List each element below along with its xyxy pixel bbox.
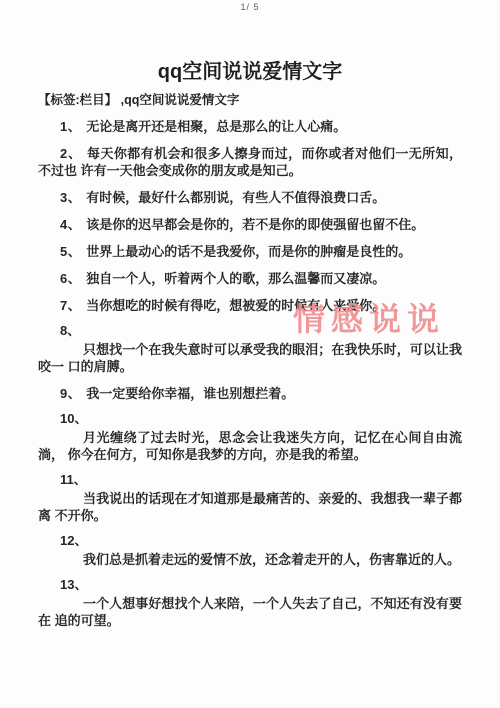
tags-line: 【标签:栏目】 ,qq空间说说爱情文字 bbox=[38, 93, 462, 108]
list-item: 13、 一个人想事好想找个人来陪，一个人失去了自己，不知还有没有要在 追的可望。 bbox=[38, 576, 462, 629]
item-number: 9、 bbox=[60, 386, 81, 401]
item-number: 10、 bbox=[38, 410, 462, 427]
item-text: 当你想吃的时候有得吃，想被爱的时候有人来爱你。 bbox=[86, 298, 385, 313]
item-number: 7、 bbox=[60, 298, 81, 313]
list-item: 5、世界上最动心的话不是我爱你，而是你的肿瘤是良性的。 bbox=[38, 243, 462, 260]
document-content: qq空间说说爱情文字 【标签:栏目】 ,qq空间说说爱情文字 1、无论是离开还是… bbox=[0, 60, 500, 629]
item-number: 1、 bbox=[60, 119, 81, 134]
list-item: 11、 当我说出的话现在才知道那是最痛苦的、亲爱的、我想我一辈子都离 不开你。 bbox=[38, 471, 462, 524]
list-item: 9、我一定要给你幸福，谁也别想拦着。 bbox=[38, 385, 462, 402]
list-item: 10、 月光缠绕了过去时光，思念会让我迷失方向，记忆在心间自由流淌， 你今在何方… bbox=[38, 410, 462, 463]
item-text: 该是你的迟早都会是你的，若不是你的即使强留也留不住。 bbox=[86, 217, 424, 232]
item-text: 有时候，最好什么都别说，有些人不值得浪费口舌。 bbox=[86, 190, 385, 205]
item-text: 我一定要给你幸福，谁也别想拦着。 bbox=[86, 386, 294, 401]
item-text: 月光缠绕了过去时光，思念会让我迷失方向，记忆在心间自由流淌， 你今在何方，可知你… bbox=[38, 429, 462, 463]
item-number: 4、 bbox=[60, 217, 81, 232]
item-text: 世界上最动心的话不是我爱你，而是你的肿瘤是良性的。 bbox=[86, 244, 411, 259]
list-item: 7、当你想吃的时候有得吃，想被爱的时候有人来爱你。 bbox=[38, 297, 462, 314]
item-number: 6、 bbox=[60, 271, 81, 286]
list-item: 2、每天你都有机会和很多人擦身而过，而你或者对他们一无所知，不过也 许有一天他会… bbox=[38, 145, 462, 179]
page-title: qq空间说说爱情文字 bbox=[38, 60, 462, 84]
item-number: 13、 bbox=[38, 576, 462, 593]
item-number: 8、 bbox=[38, 322, 462, 339]
item-text: 当我说出的话现在才知道那是最痛苦的、亲爱的、我想我一辈子都离 不开你。 bbox=[38, 490, 462, 524]
item-text: 一个人想事好想找个人来陪，一个人失去了自己，不知还有没有要在 追的可望。 bbox=[38, 595, 462, 629]
item-number: 5、 bbox=[60, 244, 81, 259]
document-page: 1/ 5 qq空间说说爱情文字 【标签:栏目】 ,qq空间说说爱情文字 1、无论… bbox=[0, 0, 500, 708]
item-number: 2、 bbox=[60, 146, 82, 161]
item-text: 独自一个人，听着两个人的歌，那么温馨而又凄凉。 bbox=[86, 271, 385, 286]
list-item: 3、有时候，最好什么都别说，有些人不值得浪费口舌。 bbox=[38, 189, 462, 206]
list-item: 6、独自一个人，听着两个人的歌，那么温馨而又凄凉。 bbox=[38, 270, 462, 287]
item-text: 只想找一个在我失意时可以承受我的眼泪；在我快乐时，可以让我咬一 口的肩膊。 bbox=[38, 341, 462, 375]
item-number: 3、 bbox=[60, 190, 81, 205]
item-text: 无论是离开还是相聚，总是那么的让人心痛。 bbox=[86, 119, 346, 134]
item-number: 12、 bbox=[38, 532, 462, 549]
list-item: 8、 只想找一个在我失意时可以承受我的眼泪；在我快乐时，可以让我咬一 口的肩膊。 bbox=[38, 322, 462, 375]
item-text: 我们总是抓着走远的爱情不放，还念着走开的人，伤害靠近的人。 bbox=[38, 551, 462, 568]
item-text: 每天你都有机会和很多人擦身而过，而你或者对他们一无所知，不过也 许有一天他会变成… bbox=[38, 146, 462, 178]
list-item: 12、 我们总是抓着走远的爱情不放，还念着走开的人，伤害靠近的人。 bbox=[38, 532, 462, 568]
item-number: 11、 bbox=[38, 471, 462, 488]
page-indicator: 1/ 5 bbox=[0, 0, 500, 13]
list-item: 1、无论是离开还是相聚，总是那么的让人心痛。 bbox=[38, 118, 462, 135]
list-item: 4、该是你的迟早都会是你的，若不是你的即使强留也留不住。 bbox=[38, 216, 462, 233]
